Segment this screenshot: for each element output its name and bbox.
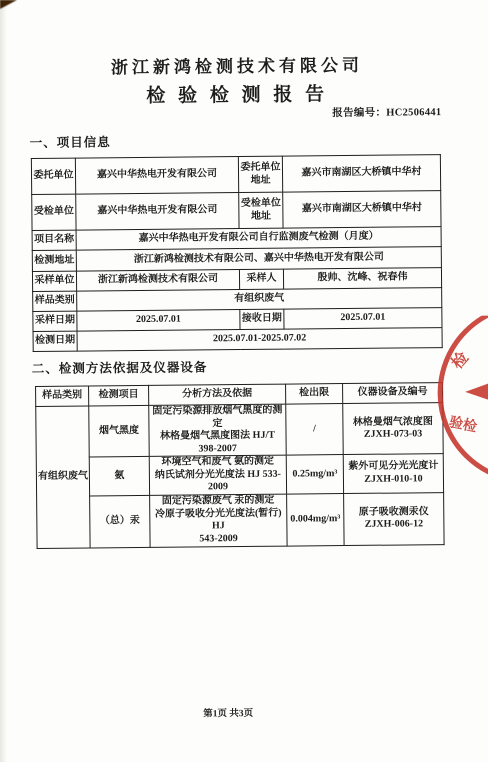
section-heading-methods: 二、检测方法依据及仪器设备 [32, 357, 208, 377]
section-heading-project-info: 一、项目信息 [30, 132, 111, 151]
sample-category-cell: 有组织废气 [36, 406, 90, 548]
col-header-method: 分析方法及依据 [149, 384, 286, 405]
inspected-value: 嘉兴中华热电开发有限公司 [76, 193, 239, 231]
project-name-label: 项目名称 [32, 230, 76, 250]
test-date-label: 检测日期 [33, 331, 77, 351]
test-item-cell: （总）汞 [90, 495, 150, 548]
instrument-cell: 原子吸收测汞仪 ZJXH-006-12 [344, 492, 444, 545]
col-header-sample-category: 样品类别 [36, 386, 89, 407]
receive-date-value: 2025.07.01 [284, 308, 442, 330]
detection-limit-cell: / [286, 404, 343, 456]
sampling-date-value: 2025.07.01 [77, 310, 240, 332]
page-footer: 第1页 共3页 [3, 703, 453, 721]
detection-limit-cell: 0.25mg/m³ [286, 455, 343, 494]
client-value: 嘉兴中华热电开发有限公司 [75, 157, 238, 195]
method-cell: 固定污染源废气 汞的测定 冷原子吸收分光光度法(暂行) HJ 543-2009 [150, 494, 287, 547]
detection-limit-cell: 0.004mg/m³ [287, 493, 344, 546]
test-item-cell: 烟气黑度 [89, 405, 149, 457]
scanned-report-page: 浙江新鸿检测技术有限公司 检 验 检 测 报 告 报告编号：HC2506441 … [0, 0, 488, 762]
report-number: 报告编号：HC2506441 [332, 104, 441, 120]
sampler-value: 殷帅、沈峰、祝春伟 [283, 268, 441, 290]
project-info-table: 委托单位 嘉兴中华热电开发有限公司 委托单位 地址 嘉兴市南湖区大桥镇中华村 受… [31, 154, 443, 352]
client-label: 委托单位 [31, 158, 75, 194]
method-cell: 固定污染源排放烟气黑度的测定 林格曼烟气黑度图法 HJ/T 398-2007 [149, 404, 286, 456]
test-item-cell: 氨 [89, 456, 149, 495]
receive-date-label: 接收日期 [240, 309, 284, 329]
seal-char-mid: 验检 [448, 413, 480, 435]
client-address-value: 嘉兴市南湖区大桥镇中华村 [282, 155, 440, 193]
inspected-address-label: 受检单位 地址 [239, 192, 283, 228]
col-header-detection-limit: 检出限 [286, 384, 343, 405]
red-seal-stamp: 检 验检 [419, 315, 488, 487]
sampling-date-label: 采样日期 [33, 311, 77, 331]
methods-table: 样品类别 检测项目 分析方法及依据 检出限 仪器设备及编号 有组织废气 烟气黑度… [35, 382, 445, 548]
inspected-address-value: 嘉兴市南湖区大桥镇中华村 [283, 191, 441, 229]
inspected-label: 受检单位 [32, 194, 76, 230]
sampling-unit-label: 采样单位 [32, 271, 76, 291]
test-address-label: 检测地址 [32, 250, 76, 271]
sampler-label: 采样人 [239, 269, 283, 289]
sample-category-label: 样品类别 [33, 291, 77, 311]
method-cell: 环境空气和废气 氨的测定 纳氏试剂分光光度法 HJ 533-2009 [149, 455, 286, 495]
sampling-unit-value: 浙江新鸿检测技术有限公司 [76, 270, 239, 292]
col-header-test-item: 检测项目 [89, 385, 149, 406]
test-date-value: 2025.07.01-2025.07.02 [77, 328, 442, 352]
client-address-label: 委托单位 地址 [238, 156, 282, 192]
company-title: 浙江新鸿检测技术有限公司 [0, 50, 477, 80]
document-content: 浙江新鸿检测技术有限公司 检 验 检 测 报 告 报告编号：HC2506441 … [0, 0, 488, 762]
